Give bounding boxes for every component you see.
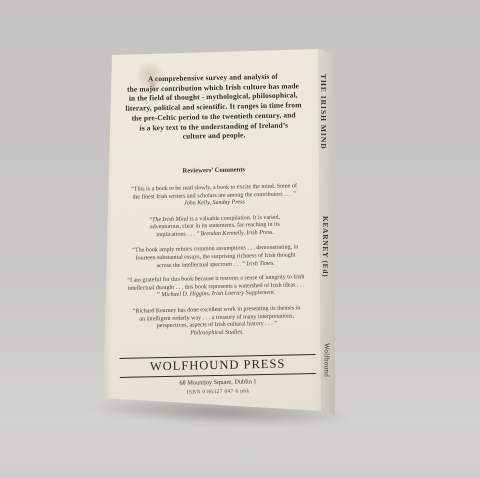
publisher-address: 68 Mountjoy Square, Dublin 1 [119, 377, 317, 388]
book: A comprehensive survey and analysis of t… [100, 44, 340, 424]
review-quote: “The book amply refutes common assumptio… [128, 245, 302, 271]
back-cover-content: A comprehensive survey and analysis of t… [113, 58, 318, 408]
publisher-name: WOLFHOUND PRESS [119, 356, 317, 375]
review-attribution: Philosophical Studies. [130, 328, 304, 339]
review-attribution: Irish Times. [246, 260, 274, 267]
review-attribution: Michael D. Higgins, Irish Literary Suppl… [161, 290, 275, 298]
spine-title: THE IRISH MIND [319, 74, 328, 150]
review-attribution: Brendan Kennelly, Irish Press. [200, 230, 273, 237]
spine-publisher: Wolfhound [323, 343, 331, 377]
spine-editor: KEARNEY (Ed) [321, 216, 330, 277]
isbn-text: ISBN 0 86327 047 6 pbk [119, 387, 317, 397]
book-back-cover: A comprehensive survey and analysis of t… [100, 44, 340, 424]
review-quote: “I am grateful for this book because it … [126, 274, 306, 300]
review-text: This is a book to be read slowly, a book… [133, 183, 297, 200]
back-cover-blurb: A comprehensive survey and analysis of t… [113, 71, 314, 143]
reviews-heading: Reviewers’ Comments [115, 165, 313, 176]
review-attribution: John Kelly, Sunday Press [184, 200, 245, 207]
review-quote: “The Irish Mind is a valuable compilatio… [135, 214, 295, 240]
photo-backdrop: A comprehensive survey and analysis of t… [0, 0, 480, 478]
review-quote: “Richard Kearney has done excellent work… [130, 305, 305, 339]
review-quote: “This is a book to be read slowly, a boo… [127, 183, 301, 209]
review-italic-lead: The Irish Mind [152, 216, 188, 223]
review-text: Richard Kearney has done excellent work … [135, 305, 300, 329]
